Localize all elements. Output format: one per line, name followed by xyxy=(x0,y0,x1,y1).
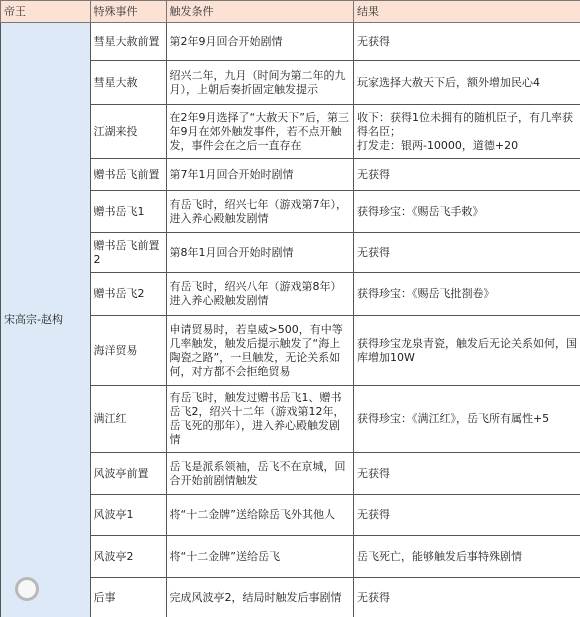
condition-cell: 岳飞是派系领袖，岳飞不在京城，回合开始前剧情触发 xyxy=(166,453,353,495)
condition-cell: 完成风波亭2，结局时触发后事剧情 xyxy=(166,578,353,617)
event-cell: 赠书岳飞2 xyxy=(90,273,166,316)
result-cell: 收下：获得1位未拥有的随机臣子，有几率获得名臣； 打发走：银两-10000，道德… xyxy=(353,105,580,159)
special-events-table: 帝王 特殊事件 触发条件 结果 宋高宗-赵构彗星大赦前置第2年9月回合开始剧情无… xyxy=(0,0,580,617)
event-cell: 彗星大赦前置 xyxy=(90,23,166,61)
result-cell: 玩家选择大赦天下后，额外增加民心4 xyxy=(353,61,580,105)
condition-cell: 绍兴二年，九月（时间为第二年的九月），上朝后奏折固定触发提示 xyxy=(166,61,353,105)
event-cell: 赠书岳飞1 xyxy=(90,191,166,233)
condition-cell: 第2年9月回合开始剧情 xyxy=(166,23,353,61)
result-cell: 获得珍宝：《满江红》，岳飞所有属性+5 xyxy=(353,386,580,453)
event-cell: 后事 xyxy=(90,578,166,617)
event-cell: 海洋贸易 xyxy=(90,316,166,386)
event-cell: 风波亭前置 xyxy=(90,453,166,495)
emperor-name: 宋高宗-赵构 xyxy=(4,313,87,327)
result-cell: 无获得 xyxy=(353,233,580,273)
event-cell: 彗星大赦 xyxy=(90,61,166,105)
table-body: 宋高宗-赵构彗星大赦前置第2年9月回合开始剧情无获得彗星大赦绍兴二年，九月（时间… xyxy=(1,23,580,617)
condition-cell: 将“十二金牌”送给岳飞 xyxy=(166,536,353,578)
header-emperor: 帝王 xyxy=(1,1,91,23)
event-cell: 江湖来投 xyxy=(90,105,166,159)
header-trigger-condition: 触发条件 xyxy=(166,1,353,23)
header-special-event: 特殊事件 xyxy=(90,1,166,23)
condition-cell: 第8年1月回合开始时剧情 xyxy=(166,233,353,273)
circle-button-icon[interactable] xyxy=(15,577,39,601)
result-cell: 无获得 xyxy=(353,495,580,536)
event-cell: 风波亭2 xyxy=(90,536,166,578)
emperor-cell: 宋高宗-赵构 xyxy=(1,23,91,617)
condition-cell: 有岳飞时，绍兴七年（游戏第7年），进入养心殿触发剧情 xyxy=(166,191,353,233)
result-cell: 岳飞死亡，能够触发后事特殊剧情 xyxy=(353,536,580,578)
condition-cell: 将“十二金牌”送给除岳飞外其他人 xyxy=(166,495,353,536)
condition-cell: 有岳飞时，触发过赠书岳飞1、赠书岳飞2，绍兴十二年（游戏第12年，岳飞死的那年）… xyxy=(166,386,353,453)
header-result: 结果 xyxy=(353,1,580,23)
result-cell: 无获得 xyxy=(353,453,580,495)
result-cell: 无获得 xyxy=(353,159,580,191)
result-cell: 获得珍宝：《赐岳飞手敕》 xyxy=(353,191,580,233)
result-cell: 无获得 xyxy=(353,578,580,617)
result-cell: 无获得 xyxy=(353,23,580,61)
spreadsheet: 帝王 特殊事件 触发条件 结果 宋高宗-赵构彗星大赦前置第2年9月回合开始剧情无… xyxy=(0,0,580,617)
result-cell: 获得珍宝：《赐岳飞批剳卷》 xyxy=(353,273,580,316)
header-row: 帝王 特殊事件 触发条件 结果 xyxy=(1,1,580,23)
event-cell: 赠书岳飞前置 xyxy=(90,159,166,191)
condition-cell: 有岳飞时，绍兴八年（游戏第8年）进入养心殿触发剧情 xyxy=(166,273,353,316)
event-cell: 满江红 xyxy=(90,386,166,453)
event-cell: 风波亭1 xyxy=(90,495,166,536)
table-row: 宋高宗-赵构彗星大赦前置第2年9月回合开始剧情无获得 xyxy=(1,23,580,61)
condition-cell: 申请贸易时，若皇威>500，有中等几率触发，触发后提示触发了“海上陶瓷之路”，一… xyxy=(166,316,353,386)
event-cell: 赠书岳飞前置2 xyxy=(90,233,166,273)
condition-cell: 在2年9月选择了“大赦天下”后，第三年9月在郊外触发事件，若不点开触发，事件会在… xyxy=(166,105,353,159)
result-cell: 获得珍宝龙泉青瓷，触发后无论关系如何，国库增加10W xyxy=(353,316,580,386)
condition-cell: 第7年1月回合开始时剧情 xyxy=(166,159,353,191)
